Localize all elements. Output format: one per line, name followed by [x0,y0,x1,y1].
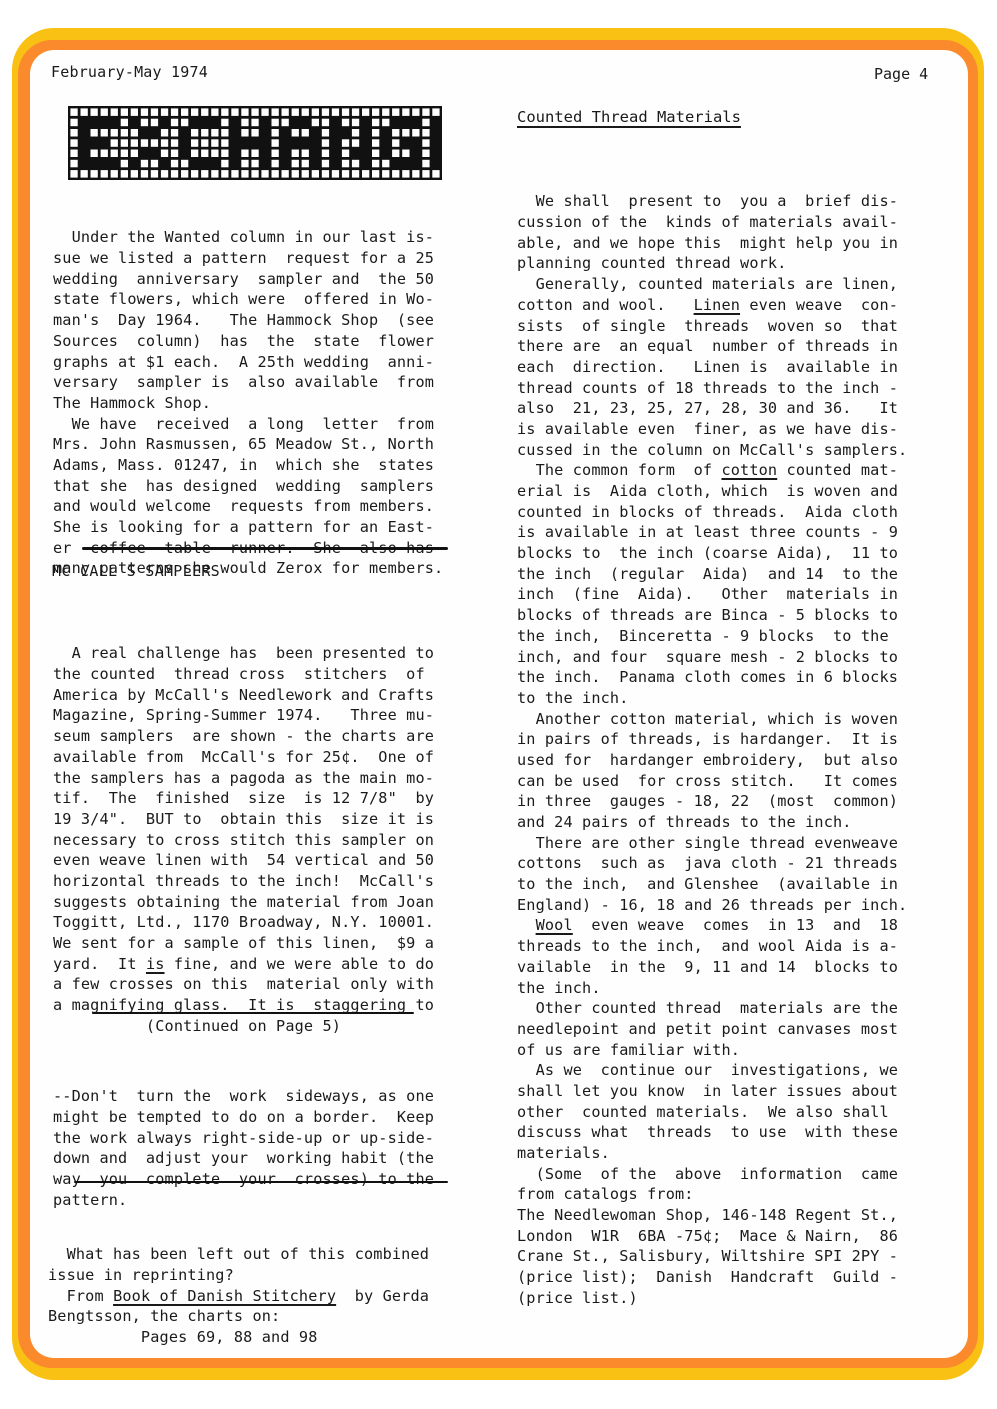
text-line: There are other single thread evenweave [517,833,942,854]
underlined-text: is [146,955,165,973]
text-line: sue we listed a pattern request for a 25 [53,248,478,269]
text-line: erial is Aida cloth, which is woven and [517,481,942,502]
text-line: vailable in the 9, 11 and 14 blocks to [517,957,942,978]
text-line: cussion of the kinds of materials avail- [517,212,942,233]
text-line: The common form of cotton counted mat- [517,460,942,481]
divider-rule [82,547,448,550]
text-line: the inch (regular Aida) and 14 to the [517,564,942,585]
text-line: cotton and wool. Linen even weave con- [517,295,942,316]
text-line: the inch, Binceretta - 9 blocks to the [517,626,942,647]
text-line: way you complete your crosses) to the [53,1169,478,1190]
text-line: down and adjust your working habit (the [53,1148,478,1169]
text-line: the work always right-side-up or up-side… [53,1128,478,1149]
text-line: Generally, counted materials are linen, [517,274,942,295]
text-line: What has been left out of this combined [48,1244,478,1265]
text-line: blocks to the inch (coarse Aida), 11 to [517,543,942,564]
text-line: might be tempted to do on a border. Keep [53,1107,478,1128]
text-line: thread counts of 18 threads to the inch … [517,378,942,399]
text-line: Another cotton material, which is woven [517,709,942,730]
text-line: each direction. Linen is available in [517,357,942,378]
text-line: Magazine, Spring-Summer 1974. Three mu- [53,705,478,726]
text-line: the samplers has a pagoda as the main mo… [53,768,478,789]
text-line: the inch. [517,978,942,999]
text-line: Under the Wanted column in our last is- [53,227,478,248]
text-line: state flowers, which were offered in Wo- [53,289,478,310]
text-line: Pages 69, 88 and 98 [48,1327,478,1348]
text-line: graphs at $1 each. A 25th wedding anni- [53,352,478,373]
left-out-body: What has been left out of this combinedi… [48,1244,478,1347]
text-line: there are an equal number of threads in [517,336,942,357]
mccalls-heading: MC CALL'S SAMPLERS [52,562,220,580]
text-line: is available in at least three counts - … [517,522,942,543]
text-line: tif. The finished size is 12 7/8" by [53,788,478,809]
text-line: issue in reprinting? [48,1265,478,1286]
exchange-logo [68,106,442,180]
underlined-text: Wool [536,916,573,934]
text-line: Adams, Mass. 01247, in which she states [53,455,478,476]
text-line: The Needlewoman Shop, 146-148 Regent St.… [517,1205,942,1226]
mccalls-body: A real challenge has been presented toth… [53,643,478,1036]
text-line: Sources column) has the state flower [53,331,478,352]
text-line: the counted thread cross stitchers of [53,664,478,685]
underlined-text: Linen [694,296,740,314]
text-line: horizontal threads to the inch! McCall's [53,871,478,892]
text-line: (price list); Danish Handcraft Guild - [517,1267,942,1288]
text-line: man's Day 1964. The Hammock Shop (see [53,310,478,331]
text-line: and would welcome requests from members. [53,496,478,517]
text-line: a few crosses on this material only with [53,974,478,995]
text-line: (price list.) [517,1288,942,1309]
text-line: 19 3/4". BUT to obtain this size it is [53,809,478,830]
text-line: other counted materials. We also shall [517,1102,942,1123]
text-line: from catalogs from: [517,1184,942,1205]
text-line: also 21, 23, 25, 27, 28, 30 and 36. It [517,398,942,419]
text-line: and 24 pairs of threads to the inch. [517,812,942,833]
materials-column: We shall present to you a brief dis-cuss… [517,150,942,1329]
text-line: cussed in the column on McCall's sampler… [517,440,942,461]
text-line: sists of single threads woven so that [517,316,942,337]
tip-body: --Don't turn the work sideways, as onemi… [53,1086,478,1210]
text-line: Toggitt, Ltd., 1170 Broadway, N.Y. 10001… [53,912,478,933]
underlined-text: Book of Danish Stitchery [113,1287,336,1305]
text-line: Mrs. John Rasmussen, 65 Meadow St., Nort… [53,434,478,455]
mccalls-column: A real challenge has been presented toth… [53,602,478,1057]
text-line: Crane St., Salisbury, Wiltshire SPI 2PY … [517,1246,942,1267]
text-line: America by McCall's Needlework and Craft… [53,685,478,706]
text-line: that she has designed wedding samplers [53,476,478,497]
text-line: A real challenge has been presented to [53,643,478,664]
text-line: to the inch. [517,688,942,709]
underlined-text: cotton [721,461,777,479]
divider-rule [92,1012,414,1014]
text-line: even weave linen with 54 vertical and 50 [53,850,478,871]
text-line: can be used for cross stitch. It comes [517,771,942,792]
text-line: in three gauges - 18, 22 (most common) [517,791,942,812]
text-line: necessary to cross stitch this sampler o… [53,830,478,851]
text-line: As we continue our investigations, we [517,1060,942,1081]
page-number: Page 4 [874,65,928,83]
text-line: seum samplers are shown - the charts are [53,726,478,747]
materials-heading: Counted Thread Materials [517,108,741,126]
text-line: We shall present to you a brief dis- [517,191,942,212]
exchange-column: Under the Wanted column in our last is-s… [53,186,478,600]
text-line: England) - 16, 18 and 26 threads per inc… [517,895,942,916]
text-line: Wool even weave comes in 13 and 18 [517,915,942,936]
text-line: threads to the inch, and wool Aida is a- [517,936,942,957]
text-line: suggests obtaining the material from Joa… [53,892,478,913]
text-line: needlepoint and petit point canvases mos… [517,1019,942,1040]
text-line: From Book of Danish Stitchery by Gerda [48,1286,478,1307]
text-line: We have received a long letter from [53,414,478,435]
text-line: used for hardanger embroidery, but also [517,750,942,771]
left-out-column: What has been left out of this combinedi… [48,1203,478,1369]
text-line: cottons such as java cloth - 21 threads [517,853,942,874]
text-line: is available even finer, as we have dis- [517,419,942,440]
text-line: Bengtsson, the charts on: [48,1306,478,1327]
text-line: London W1R 6BA -75¢; Mace & Nairn, 86 [517,1226,942,1247]
text-line: discuss what threads to use with these [517,1122,942,1143]
text-line: The Hammock Shop. [53,393,478,414]
text-line: materials. [517,1143,942,1164]
divider-rule [74,1181,448,1183]
materials-body: We shall present to you a brief dis-cuss… [517,191,942,1308]
text-line: available from McCall's for 25¢. One of [53,747,478,768]
text-line: yard. It is fine, and we were able to do [53,954,478,975]
text-line: inch, and four square mesh - 2 blocks to [517,647,942,668]
text-line: (Continued on Page 5) [53,1016,478,1037]
text-line: blocks of threads are Binca - 5 blocks t… [517,605,942,626]
text-line: the inch. Panama cloth comes in 6 blocks [517,667,942,688]
text-line: counted in blocks of threads. Aida cloth [517,502,942,523]
exchange-body: Under the Wanted column in our last is-s… [53,227,478,579]
text-line: planning counted thread work. [517,253,942,274]
text-line: She is looking for a pattern for an East… [53,517,478,538]
text-line: in pairs of threads, is hardanger. It is [517,729,942,750]
text-line: wedding anniversary sampler and the 50 [53,269,478,290]
text-line: able, and we hope this might help you in [517,233,942,254]
text-line: We sent for a sample of this linen, $9 a [53,933,478,954]
text-line: --Don't turn the work sideways, as one [53,1086,478,1107]
text-line: inch (fine Aida). Other materials in [517,584,942,605]
text-line: to the inch, and Glenshee (available in [517,874,942,895]
text-line: versary sampler is also available from [53,372,478,393]
text-line: of us are familiar with. [517,1040,942,1061]
issue-date: February-May 1974 [51,63,208,81]
text-line: (Some of the above information came [517,1164,942,1185]
text-line: shall let you know in later issues about [517,1081,942,1102]
text-line: Other counted thread materials are the [517,998,942,1019]
